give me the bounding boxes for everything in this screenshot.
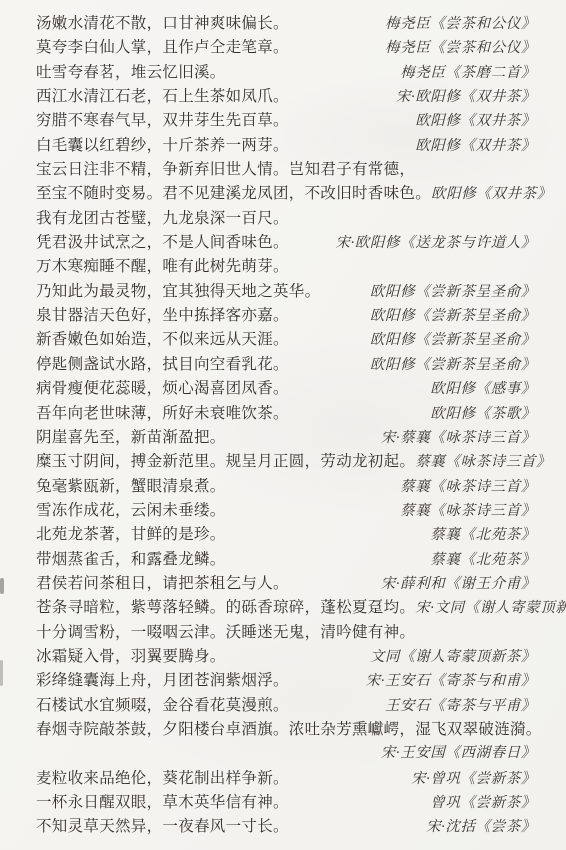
attribution-text: 蔡襄《北苑茶》: [430, 548, 536, 569]
quote-line: 吾年向老世味薄，所好未衰唯饮茶。欧阳修《茶歌》: [36, 401, 536, 425]
quote-text: 十分调雪粉，一啜咽云津。沃睡迷无鬼，清吟健有神。: [36, 620, 415, 642]
attribution-text: 宋·曾巩《尝新茶》: [411, 767, 536, 788]
attribution-text: 宋·王安国《西湖春日》: [381, 741, 536, 762]
quote-text: 吾年向老世味薄，所好未衰唯饮茶。: [36, 401, 289, 423]
quote-line: 莫夸李白仙人掌，且作卢仝走笔章。梅尧臣《尝茶和公仪》: [36, 35, 536, 59]
quote-line: 泉甘器洁天色好，坐中拣择客亦嘉。欧阳修《尝新茶呈圣俞》: [36, 303, 536, 327]
quote-text: 兔毫紫瓯新，蟹眼清泉煮。: [36, 474, 226, 496]
quote-text: 带烟蒸雀舌，和露叠龙鳞。: [36, 547, 226, 569]
quote-line: 至宝不随时变易。君不见建溪龙凤团，不改旧时香味色。欧阳修《双井茶》: [36, 181, 536, 205]
quote-line: 糜玉寸阴间，搏金新范里。规呈月正圆，劳动龙初起。蔡襄《咏茶诗三首》: [36, 449, 536, 473]
attribution-text: 欧阳修《尝新茶呈圣俞》: [370, 328, 536, 349]
quote-line: 新香嫩色如始造，不似来远从天涯。欧阳修《尝新茶呈圣俞》: [36, 327, 536, 351]
quote-line: 冰霜疑入骨，羽翼要腾身。文同《谢人寄蒙顶新茶》: [36, 644, 536, 668]
quote-text: 冰霜疑入骨，羽翼要腾身。: [36, 644, 226, 666]
quote-text: 病骨瘦便花蕊暖，烦心渴喜团凤香。: [36, 376, 289, 398]
attribution-text: 宋·王安石《寄茶与和甫》: [366, 669, 536, 690]
quote-text: 一杯永日醒双眼，草木英华信有神。: [36, 790, 289, 812]
quote-line: 带烟蒸雀舌，和露叠龙鳞。蔡襄《北苑茶》: [36, 547, 536, 571]
attribution-text: 蔡襄《咏茶诗三首》: [400, 475, 536, 496]
quote-line: 停匙侧盏试水路，拭目向空看乳花。欧阳修《尝新茶呈圣俞》: [36, 352, 536, 376]
attribution-text: 梅尧臣《茶磨二首》: [400, 61, 536, 82]
quote-line: 十分调雪粉，一啜咽云津。沃睡迷无鬼，清吟健有神。: [36, 620, 536, 644]
attribution-text: 宋·欧阳修《双井茶》: [396, 85, 536, 106]
quote-text: 彩绛缝囊海上舟，月团苍润紫烟浮。: [36, 668, 289, 690]
quote-text: 新香嫩色如始造，不似来远从天涯。: [36, 327, 289, 349]
quote-text: 穷腊不寒春气早，双井芽生先百草。: [36, 108, 289, 130]
quote-text: 莫夸李白仙人掌，且作卢仝走笔章。: [36, 35, 289, 57]
quote-line: 兔毫紫瓯新，蟹眼清泉煮。蔡襄《咏茶诗三首》: [36, 474, 536, 498]
quote-line: 麦粒收来品绝伦，葵花制出样争新。宋·曾巩《尝新茶》: [36, 766, 536, 790]
attribution-text: 蔡襄《咏茶诗三首》: [415, 450, 551, 471]
quote-line: 春烟寺院敲茶鼓，夕阳楼台卓酒旗。浓吐杂芳熏巘崿，湿飞双翠破涟漪。: [36, 717, 536, 741]
attribution-text: 宋·薛利和《谢王介甫》: [381, 572, 536, 593]
quote-line: 病骨瘦便花蕊暖，烦心渴喜团凤香。欧阳修《感事》: [36, 376, 536, 400]
attribution-text: 欧阳修《双井茶》: [415, 134, 536, 155]
scanned-book-page: 汤嫩水清花不散，口甘神爽味偏长。梅尧臣《尝茶和公仪》莫夸李白仙人掌，且作卢仝走笔…: [0, 0, 566, 850]
quote-line: 宝云日注非不精，争新弃旧世人情。岂知君子有常德，: [36, 157, 536, 181]
quote-line: 西江水清江石老，石上生茶如凤爪。宋·欧阳修《双井茶》: [36, 84, 536, 108]
quote-line: 阴崖喜先至，新苗渐盈把。宋·蔡襄《咏茶诗三首》: [36, 425, 536, 449]
attribution-text: 欧阳修《尝新茶呈圣俞》: [370, 353, 536, 374]
quote-line: 穷腊不寒春气早，双井芽生先百草。欧阳修《双井茶》: [36, 108, 536, 132]
quote-line: 我有龙团古苍璧，九龙泉深一百尺。: [36, 206, 536, 230]
quote-line: 彩绛缝囊海上舟，月团苍润紫烟浮。宋·王安石《寄茶与和甫》: [36, 668, 536, 692]
quote-line: 一杯永日醒双眼，草木英华信有神。曾巩《尝新茶》: [36, 790, 536, 814]
attribution-text: 宋·沈括《尝茶》: [426, 815, 536, 836]
attribution-text: 曾巩《尝新茶》: [430, 791, 536, 812]
quote-text: 至宝不随时变易。君不见建溪龙凤团，不改旧时香味色。: [36, 181, 431, 203]
quote-text: 糜玉寸阴间，搏金新范里。规呈月正圆，劳动龙初起。: [36, 449, 415, 471]
attribution-text: 欧阳修《尝新茶呈圣俞》: [370, 304, 536, 325]
quote-line: 汤嫩水清花不散，口甘神爽味偏长。梅尧臣《尝茶和公仪》: [36, 11, 536, 35]
quote-text: 凭君汲井试烹之，不是人间香味色。: [36, 230, 289, 252]
attribution-text: 欧阳修《茶歌》: [430, 402, 536, 423]
attribution-text: 欧阳修《感事》: [430, 377, 536, 398]
attribution-text: 欧阳修《双井茶》: [431, 182, 552, 203]
quote-text: 阴崖喜先至，新苗渐盈把。: [36, 425, 226, 447]
attribution-text: 欧阳修《尝新茶呈圣俞》: [370, 280, 536, 301]
quote-line: 吐雪夸春茗，堆云忆旧溪。梅尧臣《茶磨二首》: [36, 60, 536, 84]
quote-line: 宋·王安国《西湖春日》: [36, 741, 536, 765]
tea-poem-quote-list: 汤嫩水清花不散，口甘神爽味偏长。梅尧臣《尝茶和公仪》莫夸李白仙人掌，且作卢仝走笔…: [36, 11, 536, 839]
scan-smudge: [0, 660, 3, 686]
attribution-text: 宋·文同《谢人寄蒙顶新茶》: [415, 596, 566, 617]
scan-smudge: [0, 578, 4, 594]
quote-line: 石楼试水宜频啜，金谷看花莫漫煎。王安石《寄茶与平甫》: [36, 693, 536, 717]
quote-line: 白毛囊以红碧纱，十斤茶养一两芽。欧阳修《双井茶》: [36, 133, 536, 157]
quote-text: 我有龙团古苍璧，九龙泉深一百尺。: [36, 206, 289, 228]
attribution-text: 宋·蔡襄《咏茶诗三首》: [381, 426, 536, 447]
quote-line: 雪冻作成花，云闲未垂缕。蔡襄《咏茶诗三首》: [36, 498, 536, 522]
quote-text: 麦粒收来品绝伦，葵花制出样争新。: [36, 766, 289, 788]
attribution-text: 王安石《寄茶与平甫》: [385, 694, 536, 715]
quote-text: 吐雪夸春茗，堆云忆旧溪。: [36, 60, 226, 82]
quote-text: 白毛囊以红碧纱，十斤茶养一两芽。: [36, 133, 289, 155]
quote-text: 君侯若问茶租日，请把茶租乞与人。: [36, 571, 289, 593]
quote-line: 凭君汲井试烹之，不是人间香味色。宋·欧阳修《送龙茶与许道人》: [36, 230, 536, 254]
attribution-text: 文同《谢人寄蒙顶新茶》: [370, 645, 536, 666]
quote-text: 宝云日注非不精，争新弃旧世人情。岂知君子有常德，: [36, 157, 415, 179]
attribution-text: 宋·欧阳修《送龙茶与许道人》: [335, 231, 536, 252]
quote-text: 西江水清江石老，石上生茶如凤爪。: [36, 84, 289, 106]
attribution-text: 梅尧臣《尝茶和公仪》: [385, 12, 536, 33]
quote-line: 苍条寻暗粒，紫萼落轻鳞。的砾香琼碎，蓬松夏趸均。宋·文同《谢人寄蒙顶新茶》: [36, 595, 536, 619]
quote-text: 汤嫩水清花不散，口甘神爽味偏长。: [36, 11, 289, 33]
quote-text: 春烟寺院敲茶鼓，夕阳楼台卓酒旗。浓吐杂芳熏巘崿，湿飞双翠破涟漪。: [36, 717, 542, 739]
quote-text: 苍条寻暗粒，紫萼落轻鳞。的砾香琼碎，蓬松夏趸均。: [36, 595, 415, 617]
quote-line: 乃知此为最灵物，宜其独得天地之英华。欧阳修《尝新茶呈圣俞》: [36, 279, 536, 303]
quote-text: 停匙侧盏试水路，拭目向空看乳花。: [36, 352, 289, 374]
attribution-text: 梅尧臣《尝茶和公仪》: [385, 36, 536, 57]
quote-text: 不知灵草天然异，一夜春风一寸长。: [36, 814, 289, 836]
quote-line: 君侯若问茶租日，请把茶租乞与人。宋·薛利和《谢王介甫》: [36, 571, 536, 595]
attribution-text: 欧阳修《双井茶》: [415, 109, 536, 130]
quote-text: 北苑龙茶著，甘鲜的是珍。: [36, 522, 226, 544]
attribution-text: 蔡襄《咏茶诗三首》: [400, 499, 536, 520]
quote-text: 石楼试水宜频啜，金谷看花莫漫煎。: [36, 693, 289, 715]
quote-text: 乃知此为最灵物，宜其独得天地之英华。: [36, 279, 320, 301]
quote-text: 泉甘器洁天色好，坐中拣择客亦嘉。: [36, 303, 289, 325]
quote-line: 不知灵草天然异，一夜春风一寸长。宋·沈括《尝茶》: [36, 814, 536, 838]
quote-line: 万木寒痴睡不醒，唯有此树先萌芽。: [36, 254, 536, 278]
quote-line: 北苑龙茶著，甘鲜的是珍。蔡襄《北苑茶》: [36, 522, 536, 546]
quote-text: 万木寒痴睡不醒，唯有此树先萌芽。: [36, 254, 289, 276]
quote-text: 雪冻作成花，云闲未垂缕。: [36, 498, 226, 520]
attribution-text: 蔡襄《北苑茶》: [430, 523, 536, 544]
